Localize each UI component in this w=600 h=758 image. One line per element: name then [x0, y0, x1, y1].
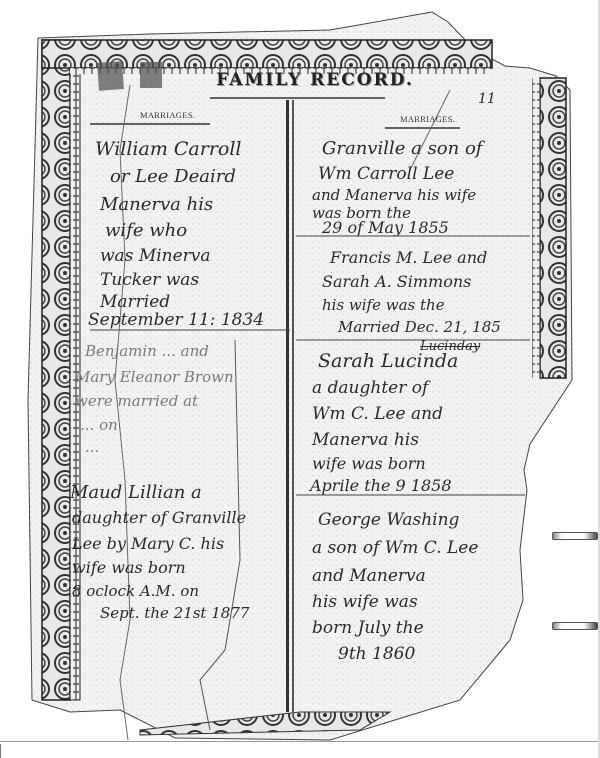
page-title: FAMILY RECORD.	[195, 70, 435, 90]
entry-line: Tucker was	[100, 272, 199, 289]
entry-line: were married at	[75, 394, 198, 409]
entry-line: George Washing	[318, 512, 459, 529]
column-header-right: MARRIAGES.	[400, 114, 455, 124]
entry-line: a son of Wm C. Lee	[312, 540, 478, 557]
column-header-left: MARRIAGES.	[140, 110, 195, 120]
entry-line: his wife was the	[322, 298, 445, 313]
entry-line: Sept. the 21st 1877	[100, 606, 249, 621]
entry-line: born July the	[312, 620, 424, 637]
entry-line: Sarah A. Simmons	[322, 274, 471, 290]
entry-line: Benjamin ... and	[85, 344, 209, 359]
entry-line: ... on	[80, 418, 118, 433]
scan-edge-left	[0, 744, 1, 758]
entry-line: Married Dec. 21, 185	[338, 320, 501, 335]
entry-line: Wm Carroll Lee	[318, 166, 454, 183]
entry-line: Wm C. Lee and	[312, 406, 443, 423]
entry-line: Granville a son of	[322, 140, 482, 158]
entry-line: wife was born	[72, 560, 186, 576]
entry-line: Manerva his	[100, 196, 213, 214]
entry-line: Francis M. Lee and	[330, 250, 487, 266]
entry-line: Mary Eleanor Brown	[75, 370, 234, 385]
entry-line: 29 of May 1855	[322, 220, 449, 236]
entry-line: a daughter of	[312, 380, 428, 397]
entry-line: Manerva his	[312, 432, 419, 449]
entry-line: Aprile the 9 1858	[310, 478, 452, 494]
entry-line: William Carroll	[95, 140, 242, 159]
entry-line: wife who	[105, 222, 187, 240]
entry-line: ...	[85, 440, 99, 455]
entry-line: 9th 1860	[338, 646, 415, 663]
binder-hole	[552, 622, 598, 630]
corner-mark: 11	[478, 92, 496, 106]
entry-line: daughter of Granville	[72, 510, 246, 526]
binder-hole	[552, 532, 598, 540]
entry-line: or Lee Deaird	[110, 168, 236, 186]
entry-line: and Manerva his wife	[312, 188, 476, 203]
entry-line: 8 oclock A.M. on	[72, 584, 199, 599]
entry-line: Married	[100, 294, 170, 311]
entry-line: and Manerva	[312, 568, 426, 585]
entry-line: September 11: 1834	[88, 312, 264, 329]
entry-line: wife was born	[312, 456, 426, 472]
entry-line: was Minerva	[100, 248, 211, 265]
entry-line: his wife was	[312, 594, 418, 611]
entry-line: Sarah Lucinda	[318, 352, 458, 371]
entry-line: Lee by Mary C. his	[72, 536, 224, 552]
entry-line: Maud Lillian a	[70, 484, 202, 502]
scan-edge-bottom	[0, 741, 600, 742]
